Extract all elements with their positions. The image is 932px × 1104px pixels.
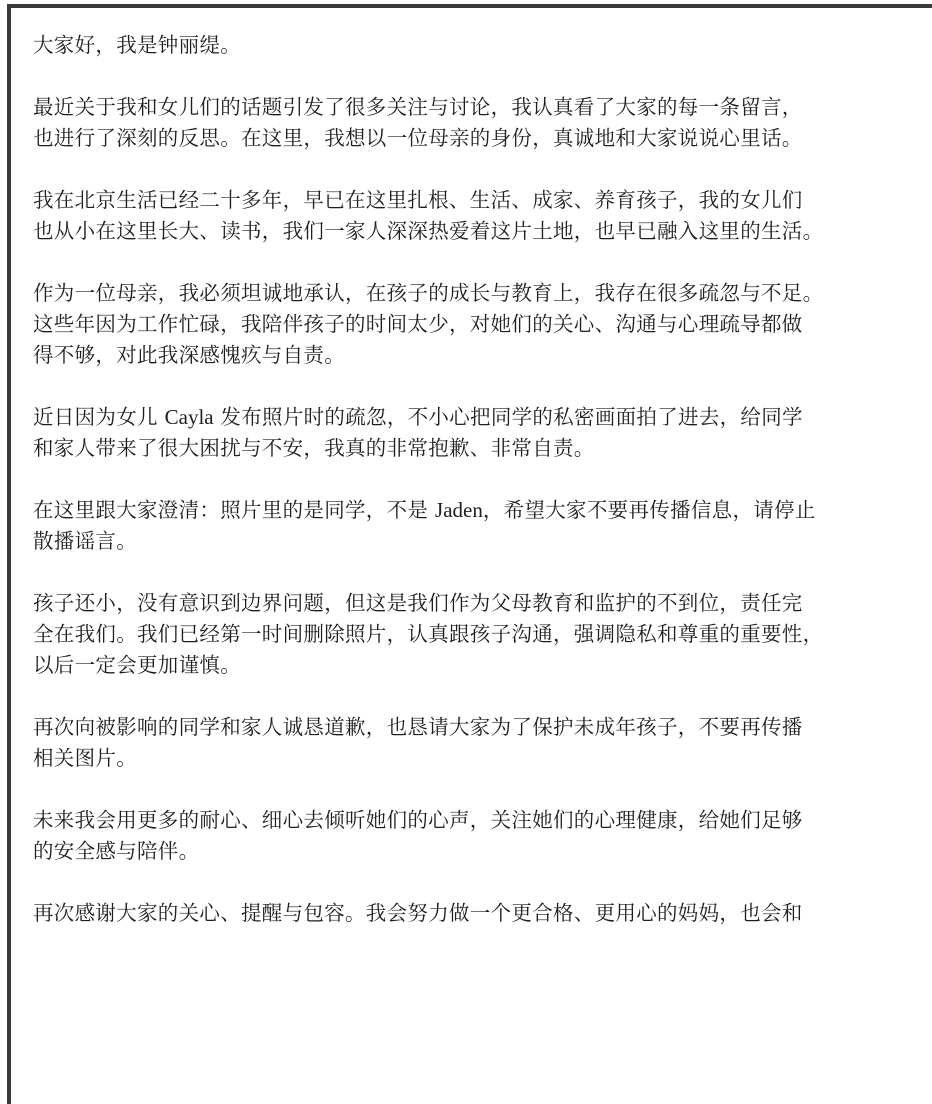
text-line: 散播谣言。	[33, 526, 932, 557]
text-line: 也进行了深刻的反思。在这里，我想以一位母亲的身份，真诚地和大家说说心里话。	[33, 123, 932, 154]
paragraph-greeting: 大家好，我是钟丽缇。	[33, 30, 932, 61]
text-line: 得不够，对此我深感愧疚与自责。	[33, 340, 932, 371]
text-segment: ，希望大家不要再传播信息，请停止	[483, 498, 816, 522]
text-line: 再次向被影响的同学和家人诚恳道歉，也恳请大家为了保护未成年孩子，不要再传播	[33, 712, 932, 743]
paragraph-apology: 再次向被影响的同学和家人诚恳道歉，也恳请大家为了保护未成年孩子，不要再传播 相关…	[33, 712, 932, 774]
text-segment: 近日因为女儿	[33, 405, 165, 429]
text-line: 全在我们。我们已经第一时间删除照片，认真跟孩子沟通，强调隐私和尊重的重要性，	[33, 619, 932, 650]
text-line: 在这里跟大家澄清：照片里的是同学，不是 Jaden，希望大家不要再传播信息，请停…	[33, 495, 932, 526]
paragraph-mother-admission: 作为一位母亲，我必须坦诚地承认，在孩子的成长与教育上，我存在很多疏忽与不足。 这…	[33, 278, 932, 371]
document-frame: 大家好，我是钟丽缇。 最近关于我和女儿们的话题引发了很多关注与讨论，我认真看了大…	[7, 4, 932, 1080]
statement-text: 大家好，我是钟丽缇。 最近关于我和女儿们的话题引发了很多关注与讨论，我认真看了大…	[33, 30, 932, 960]
text-line: 孩子还小，没有意识到边界问题，但这是我们作为父母教育和监护的不到位，责任完	[33, 588, 932, 619]
paragraph-beijing-life: 我在北京生活已经二十多年，早已在这里扎根、生活、成家、养育孩子，我的女儿们 也从…	[33, 185, 932, 247]
text-line: 相关图片。	[33, 743, 932, 774]
paragraph-thanks: 再次感谢大家的关心、提醒与包容。我会努力做一个更合格、更用心的妈妈，也会和	[33, 898, 932, 929]
text-line: 的安全感与陪伴。	[33, 836, 932, 867]
text-line: 大家好，我是钟丽缇。	[33, 30, 932, 61]
text-segment: 在这里跟大家澄清：照片里的是同学，不是	[33, 498, 435, 522]
text-line: 未来我会用更多的耐心、细心去倾听她们的心声，关注她们的心理健康，给她们足够	[33, 805, 932, 836]
text-line: 和家人带来了很大困扰与不安，我真的非常抱歉、非常自责。	[33, 433, 932, 464]
name-jaden: Jaden	[435, 498, 483, 522]
text-line: 以后一定会更加谨慎。	[33, 650, 932, 681]
paragraph-clarification: 在这里跟大家澄清：照片里的是同学，不是 Jaden，希望大家不要再传播信息，请停…	[33, 495, 932, 557]
text-segment: 发布照片时的疏忽，不小心把同学的私密画面拍了进去，给同学	[214, 405, 803, 429]
name-cayla: Cayla	[165, 405, 214, 429]
paragraph-photo-incident: 近日因为女儿 Cayla 发布照片时的疏忽，不小心把同学的私密画面拍了进去，给同…	[33, 402, 932, 464]
paragraph-responsibility: 孩子还小，没有意识到边界问题，但这是我们作为父母教育和监护的不到位，责任完 全在…	[33, 588, 932, 681]
paragraph-future: 未来我会用更多的耐心、细心去倾听她们的心声，关注她们的心理健康，给她们足够 的安…	[33, 805, 932, 867]
paragraph-reflection: 最近关于我和女儿们的话题引发了很多关注与讨论，我认真看了大家的每一条留言， 也进…	[33, 92, 932, 154]
text-line: 也从小在这里长大、读书，我们一家人深深热爱着这片土地，也早已融入这里的生活。	[33, 216, 932, 247]
text-line: 再次感谢大家的关心、提醒与包容。我会努力做一个更合格、更用心的妈妈，也会和	[33, 898, 932, 929]
text-line: 近日因为女儿 Cayla 发布照片时的疏忽，不小心把同学的私密画面拍了进去，给同…	[33, 402, 932, 433]
text-line: 作为一位母亲，我必须坦诚地承认，在孩子的成长与教育上，我存在很多疏忽与不足。	[33, 278, 932, 309]
text-line: 我在北京生活已经二十多年，早已在这里扎根、生活、成家、养育孩子，我的女儿们	[33, 185, 932, 216]
text-line: 最近关于我和女儿们的话题引发了很多关注与讨论，我认真看了大家的每一条留言，	[33, 92, 932, 123]
text-line: 这些年因为工作忙碌，我陪伴孩子的时间太少，对她们的关心、沟通与心理疏导都做	[33, 309, 932, 340]
